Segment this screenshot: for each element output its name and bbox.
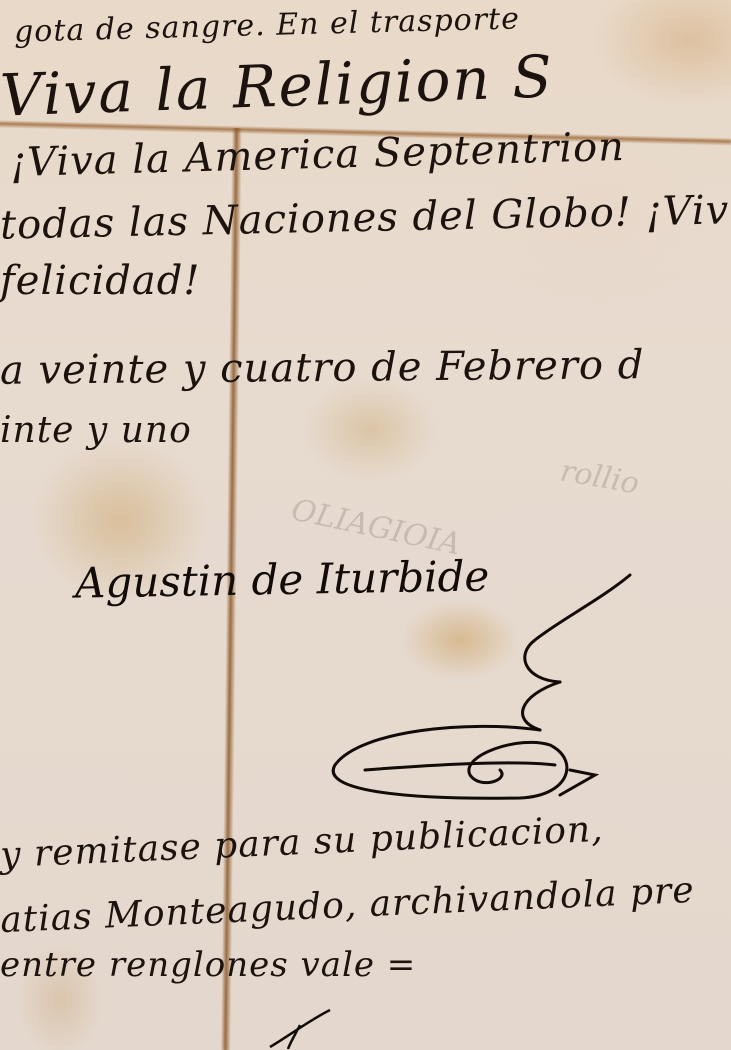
manuscript-line: inte y uno [0,410,192,451]
manuscript-line: felicidad! [0,258,200,304]
manuscript-line: entre renglones vale = [0,945,416,985]
partial-flourish-icon [260,1005,340,1050]
signature-rubric-flourish-icon [320,570,640,810]
manuscript-line: a veinte y cuatro de Febrero d [0,342,645,394]
